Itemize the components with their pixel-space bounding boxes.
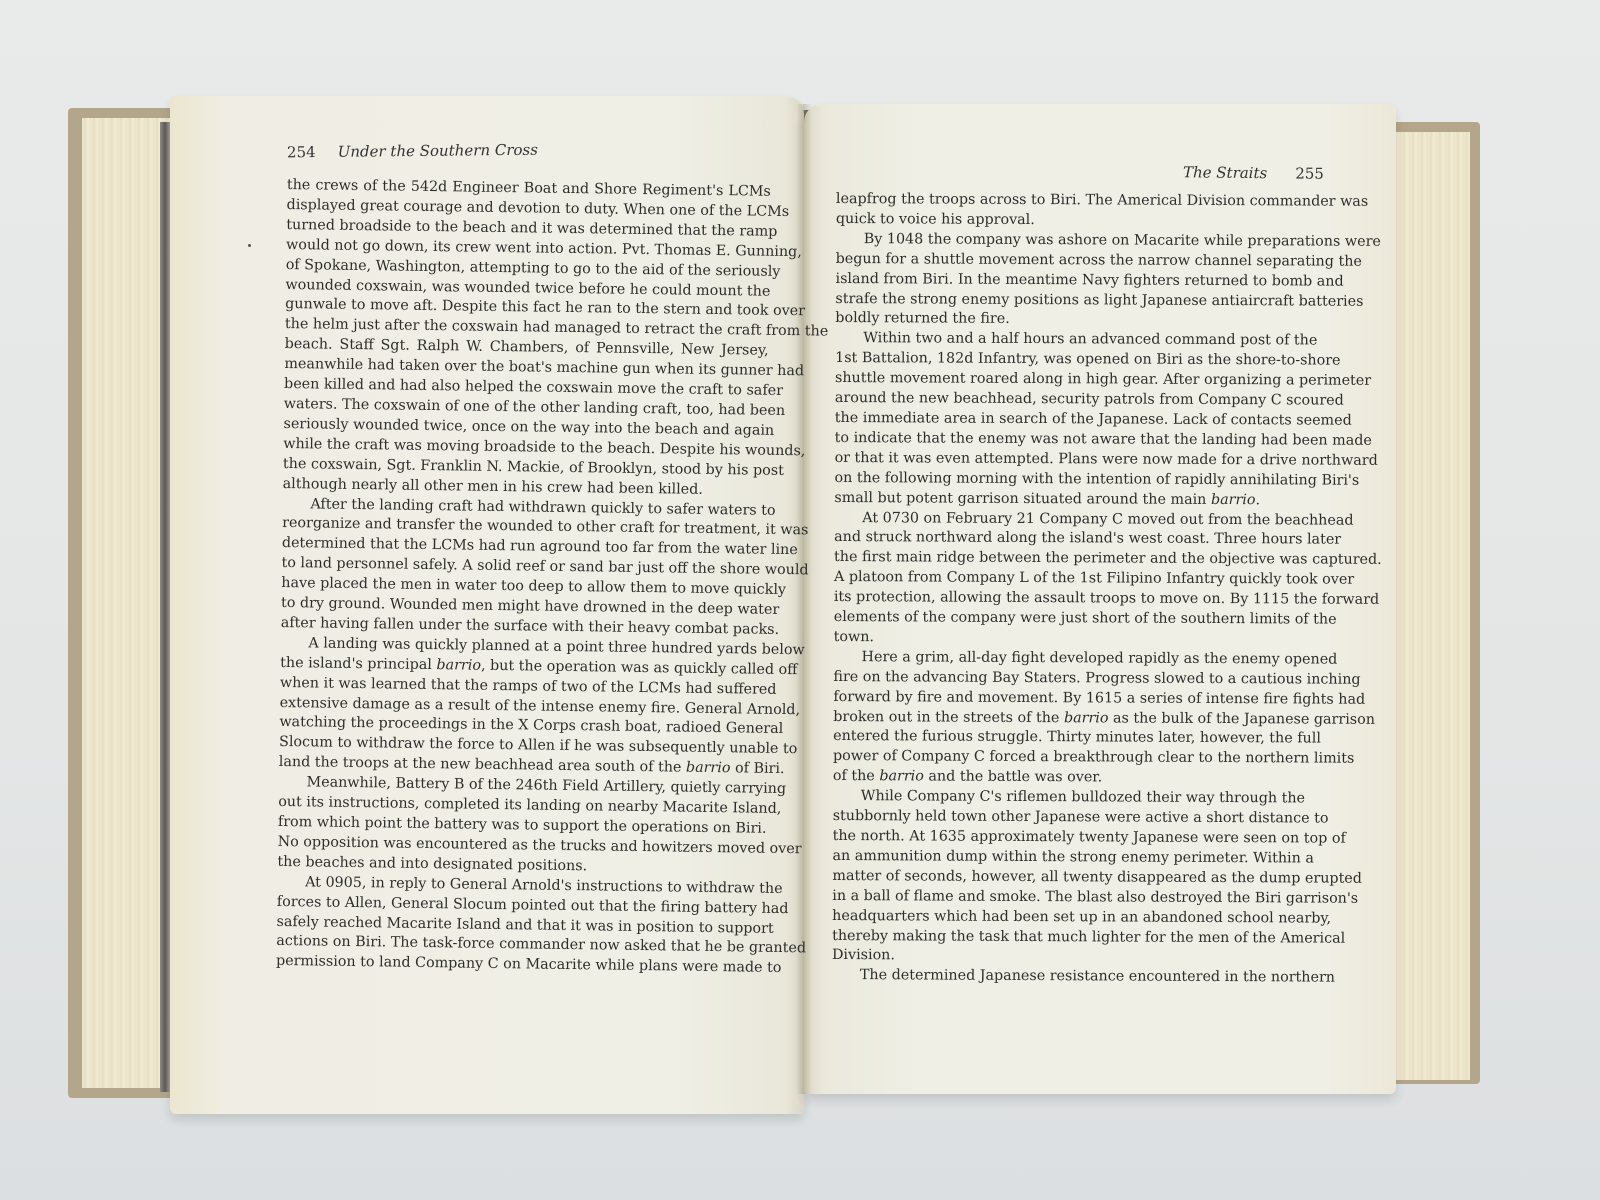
text-line: on the following morning with the intent… <box>834 469 1304 491</box>
right-running-head: The Straits255 <box>1183 163 1324 182</box>
text-line: broken out in the streets of the barrio … <box>833 708 1303 730</box>
text-line: At 0730 on February 21 Company C moved o… <box>834 508 1304 530</box>
text-line: While Company C's riflemen bulldozed the… <box>833 787 1303 809</box>
paragraph: At 0905, in reply to General Arnold's in… <box>276 873 761 979</box>
text-line: begun for a shuttle movement across the … <box>836 250 1306 272</box>
paragraph: While Company C's riflemen bulldozed the… <box>832 787 1303 969</box>
paragraph: After the landing craft had withdrawn qu… <box>281 494 767 640</box>
text-line: and struck northward along the island's … <box>834 528 1304 550</box>
page-edge-shadow <box>160 122 170 1092</box>
text-line: the north. At 1635 approximately twenty … <box>833 827 1303 849</box>
paragraph: Meanwhile, Battery B of the 246th Field … <box>277 773 762 879</box>
paragraph: By 1048 the company was ashore on Macari… <box>835 230 1306 332</box>
ink-speck <box>248 244 251 247</box>
right-page-number: 255 <box>1295 164 1324 182</box>
text-line: The determined Japanese resistance encou… <box>832 966 1302 988</box>
text-line: forward by fire and movement. By 1615 a … <box>833 688 1303 710</box>
paragraph: At 0730 on February 21 Company C moved o… <box>834 508 1305 650</box>
paragraph: leapfrog the troops across to Biri. The … <box>836 190 1306 232</box>
text-line: stubbornly held town other Japanese were… <box>833 807 1303 829</box>
right-page-body: leapfrog the troops across to Biri. The … <box>832 190 1306 989</box>
text-line: the first main ridge between the perimet… <box>834 548 1304 570</box>
text-line: leapfrog the troops across to Biri. The … <box>836 190 1306 212</box>
text-line: the immediate area in search of the Japa… <box>835 409 1305 431</box>
text-line: power of Company C forced a breakthrough… <box>833 747 1303 769</box>
paragraph: Here a grim, all-day fight developed rap… <box>833 648 1304 790</box>
text-line: quick to voice his approval. <box>836 210 1306 232</box>
right-running-title: The Straits <box>1183 163 1267 182</box>
text-line: boldly returned the fire. <box>835 309 1305 331</box>
text-line: Here a grim, all-day fight developed rap… <box>833 648 1303 670</box>
paragraph: The determined Japanese resistance encou… <box>832 966 1302 988</box>
page-block-right <box>1392 132 1470 1080</box>
text-line: headquarters which had been set up in an… <box>832 907 1302 929</box>
text-line: around the new beachhead, security patro… <box>835 389 1305 411</box>
text-line: elements of the company were just short … <box>834 608 1304 630</box>
text-line: an ammunition dump within the strong ene… <box>832 847 1302 869</box>
paragraph: A landing was quickly planned at a point… <box>279 634 765 780</box>
text-line: matter of seconds, however, all twenty d… <box>832 867 1302 889</box>
text-line: in a ball of flame and smoke. The blast … <box>832 887 1302 909</box>
text-line: thereby making the task that much lighte… <box>832 927 1302 949</box>
text-line: of the barrio and the battle was over. <box>833 767 1303 789</box>
paragraph: the crews of the 542d Engineer Boat and … <box>283 176 771 501</box>
text-line: fire on the advancing Bay Staters. Progr… <box>833 668 1303 690</box>
text-line: to indicate that the enemy was not aware… <box>835 429 1305 451</box>
text-line: small but potent garrison situated aroun… <box>834 489 1304 511</box>
text-line: town. <box>834 628 1304 650</box>
text-line: shuttle movement roared along in high ge… <box>835 369 1305 391</box>
left-page-body: the crews of the 542d Engineer Boat and … <box>276 176 771 979</box>
text-line: By 1048 the company was ashore on Macari… <box>836 230 1306 252</box>
left-page-number: 254 <box>287 143 316 161</box>
text-line: island from Biri. In the meantime Navy f… <box>835 270 1305 292</box>
left-running-head: 254Under the Southern Cross <box>287 141 538 162</box>
text-line: 1st Battalion, 182d Infantry, was opened… <box>835 349 1305 371</box>
text-line: entered the furious struggle. Thirty min… <box>833 727 1303 749</box>
paragraph: Within two and a half hours an advanced … <box>834 329 1305 511</box>
text-line: strafe the strong enemy positions as lig… <box>835 290 1305 312</box>
left-running-title: Under the Southern Cross <box>338 141 538 161</box>
text-line: or that it was even attempted. Plans wer… <box>835 449 1305 471</box>
text-line: its protection, allowing the assault tro… <box>834 588 1304 610</box>
text-line: Within two and a half hours an advanced … <box>835 329 1305 351</box>
text-line: A platoon from Company L of the 1st Fili… <box>834 568 1304 590</box>
text-line: Division. <box>832 946 1302 968</box>
